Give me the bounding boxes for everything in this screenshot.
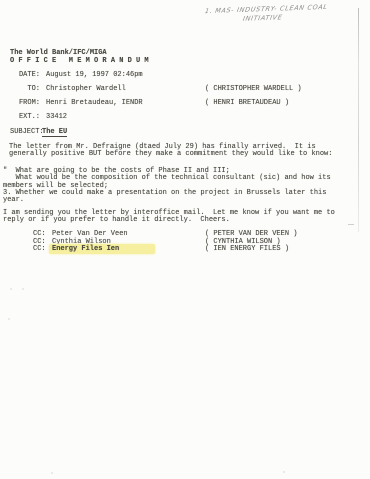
scan-artifact-speck	[8, 318, 10, 320]
memo-title: O F F I C E M E M O R A N D U M	[10, 57, 149, 65]
body-para1-line2: generally positive BUT before they make …	[9, 150, 332, 158]
from-paren: ( HENRI BRETAUDEAU )	[205, 99, 289, 107]
subject-label: SUBJECT:	[10, 128, 44, 136]
ext-value: 33412	[46, 113, 67, 121]
scan-artifact-speck	[283, 471, 285, 473]
scanned-memo-page: 1. MAS- INDUSTRY- CLEAN COAL INITIATIVE …	[0, 0, 370, 479]
scan-artifact-speck	[22, 288, 24, 290]
cc-name-3-highlighted: Energy Files Ien	[52, 245, 119, 253]
from-value: Henri Bretaudeau, IENDR	[46, 99, 143, 107]
scan-artifact-dash	[348, 224, 354, 225]
scan-artifact-speck	[10, 288, 12, 290]
scan-artifact-page-edge-line	[358, 8, 359, 232]
to-label: TO:	[0, 85, 40, 93]
date-label: DATE:	[0, 71, 40, 79]
body-para2-line2: reply or if you prefer to handle it dire…	[3, 216, 230, 224]
cc-label-3: CC:	[33, 245, 46, 253]
to-paren: ( CHRISTOPHER WARDELL )	[205, 85, 302, 93]
subject-value: The EU	[42, 128, 67, 138]
org-name: The World Bank/IFC/MIGA	[10, 49, 107, 57]
scan-artifact-speck	[51, 472, 53, 474]
date-value: August 19, 1997 02:46pm	[46, 71, 143, 79]
from-label: FROM:	[0, 99, 40, 107]
body-point-line4: 3. Whether we could make a presentation …	[3, 189, 326, 197]
ext-label: EXT.:	[0, 113, 40, 121]
handwritten-annotation-line2: INITIATIVE	[242, 13, 283, 22]
cc-paren-3: ( IEN ENERGY FILES )	[205, 245, 289, 253]
body-point-line5: year.	[3, 196, 24, 204]
to-value: Christopher Wardell	[46, 85, 126, 93]
